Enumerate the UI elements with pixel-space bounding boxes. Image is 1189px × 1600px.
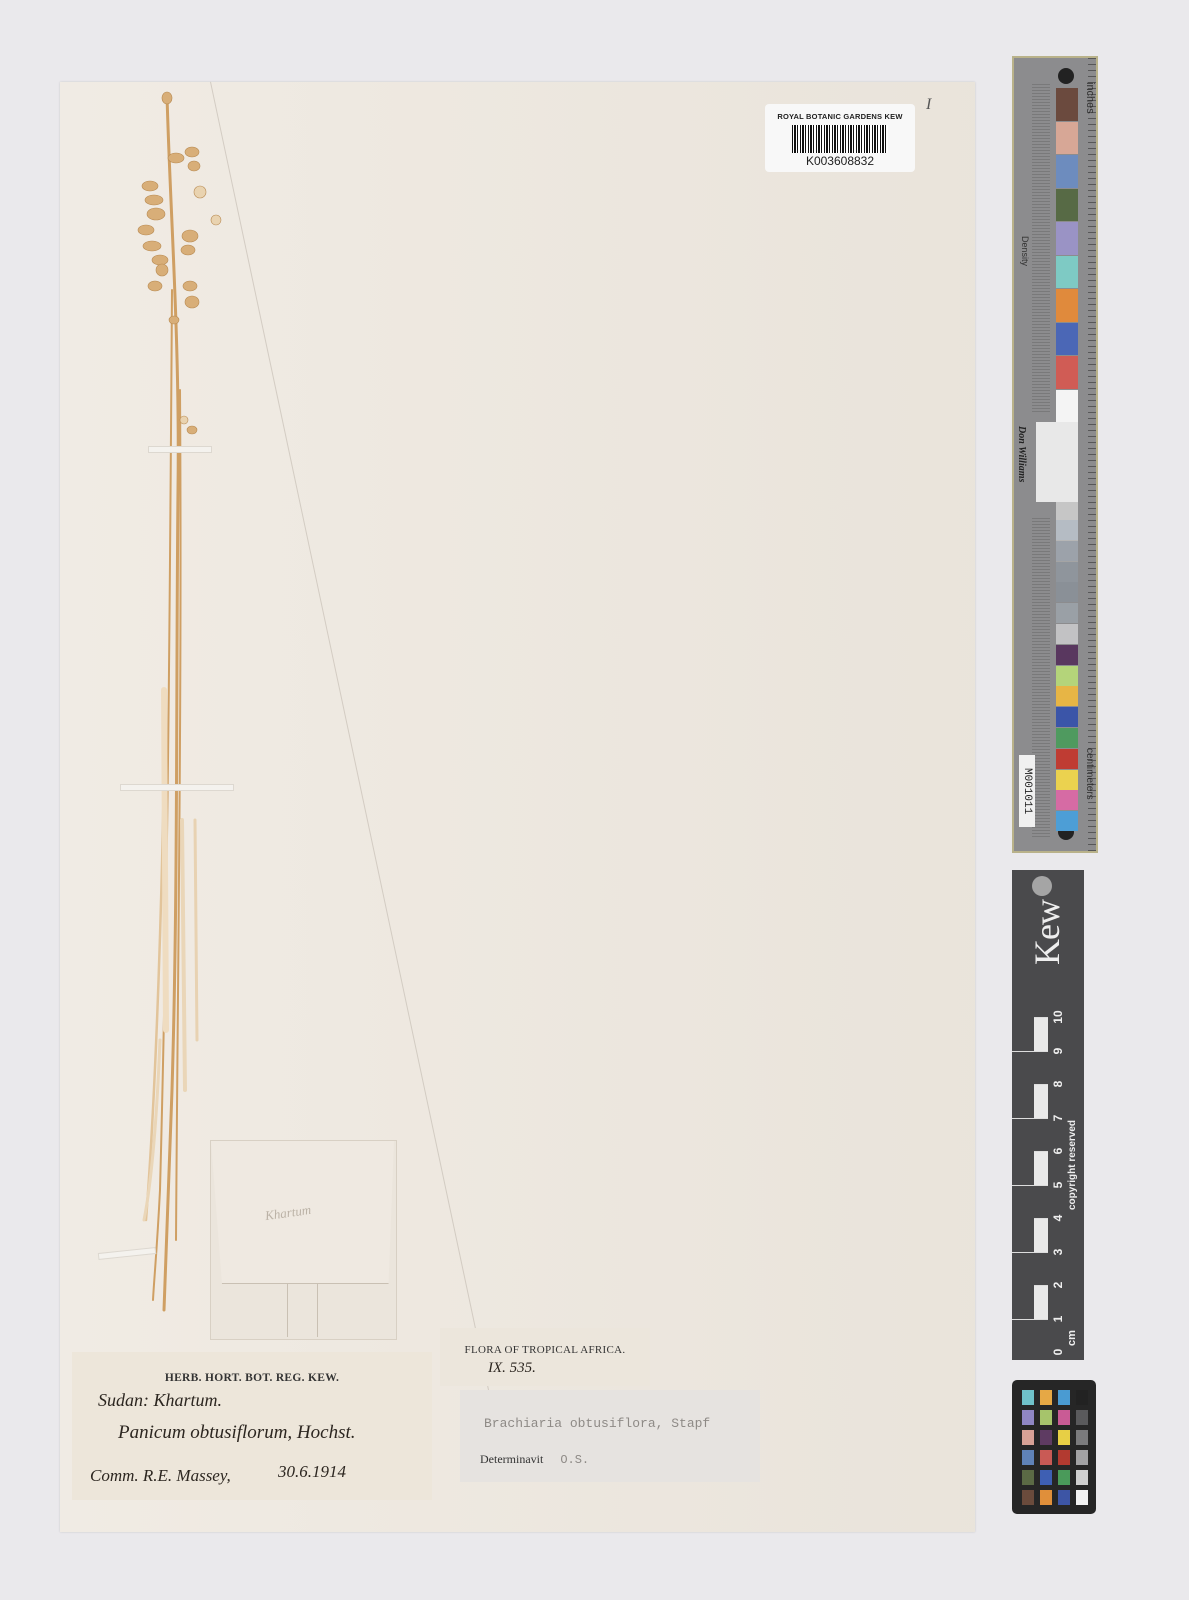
checker-patch xyxy=(1058,1390,1070,1405)
color-swatch xyxy=(1056,666,1078,686)
color-swatch xyxy=(1056,541,1078,561)
color-swatch xyxy=(1056,323,1078,356)
color-swatch xyxy=(1056,686,1078,706)
gray-card xyxy=(1036,422,1078,502)
checker-patch xyxy=(1040,1470,1052,1485)
checker-patch xyxy=(1022,1450,1034,1465)
color-swatch xyxy=(1056,390,1078,423)
color-density-ruler: inches centimeters Density Don Williams … xyxy=(1012,56,1098,853)
checker-patch xyxy=(1076,1430,1088,1445)
color-swatch xyxy=(1056,256,1078,289)
scale-segment xyxy=(1034,1017,1048,1051)
scale-number: 5 xyxy=(1051,1177,1065,1193)
barcode-label: ROYAL BOTANIC GARDENS KEW K003608832 xyxy=(765,104,915,172)
flora-label: FLORA OF TROPICAL AFRICA. IX. 535. xyxy=(440,1328,650,1386)
checker-patch xyxy=(1076,1470,1088,1485)
checker-patch xyxy=(1076,1410,1088,1425)
scale-number: 1 xyxy=(1051,1311,1065,1327)
scale-segment xyxy=(1012,1051,1048,1085)
density-label: Density xyxy=(1020,236,1030,266)
scale-segment xyxy=(1034,1151,1048,1185)
locality: Sudan: Khartum. xyxy=(98,1390,222,1411)
kew-logo: Kew xyxy=(1026,900,1068,965)
checker-patch xyxy=(1022,1390,1034,1405)
envelope-seam xyxy=(317,1283,318,1337)
checker-patch xyxy=(1022,1430,1034,1445)
color-swatch xyxy=(1056,770,1078,790)
checker-patch xyxy=(1076,1390,1088,1405)
collector: Comm. R.E. Massey, xyxy=(90,1466,231,1486)
color-swatch xyxy=(1056,189,1078,222)
determiner: O.S. xyxy=(560,1453,589,1467)
checker-patch xyxy=(1058,1470,1070,1485)
collection-date: 30.6.1914 xyxy=(278,1462,346,1482)
color-checker xyxy=(1012,1380,1096,1514)
checker-patch xyxy=(1022,1490,1034,1505)
checker-patch xyxy=(1022,1410,1034,1425)
scale-number: 4 xyxy=(1051,1210,1065,1226)
scale-segment xyxy=(1012,1319,1048,1353)
original-name: Panicum obtusiflorum, Hochst. xyxy=(118,1422,356,1444)
mounting-strap xyxy=(120,784,234,791)
color-swatch xyxy=(1056,88,1078,121)
sheet-mark: I xyxy=(926,96,931,114)
fragment-envelope[interactable]: Khartum xyxy=(210,1140,397,1340)
color-swatch xyxy=(1056,707,1078,727)
label-header: HERB. HORT. BOT. REG. KEW. xyxy=(72,1372,432,1384)
kew-scale-bar: Kew 012345678910 copyright reserved cm xyxy=(1012,870,1084,1360)
color-swatch xyxy=(1056,749,1078,769)
determinavit-label: Determinavit xyxy=(480,1452,543,1466)
color-swatch xyxy=(1056,122,1078,155)
scale-segment xyxy=(1034,1084,1048,1118)
scale-number: 2 xyxy=(1051,1277,1065,1293)
ruler-id: M001011 xyxy=(1019,755,1035,827)
color-swatch xyxy=(1056,289,1078,322)
color-swatch xyxy=(1056,790,1078,810)
color-swatch xyxy=(1056,222,1078,255)
cm-scale xyxy=(1012,1010,1048,1352)
kew-crest-icon xyxy=(1032,876,1052,896)
checker-patch xyxy=(1058,1410,1070,1425)
scale-number: 3 xyxy=(1051,1244,1065,1260)
scale-number: 8 xyxy=(1051,1076,1065,1092)
scale-number: 0 xyxy=(1051,1344,1065,1360)
determined-species: Brachiaria obtusiflora, Stapf xyxy=(484,1416,710,1431)
scale-segment xyxy=(1034,1285,1048,1319)
checker-patch xyxy=(1058,1430,1070,1445)
checker-patch xyxy=(1022,1470,1034,1485)
color-swatch xyxy=(1056,582,1078,602)
unit-label: cm xyxy=(1066,1330,1078,1346)
checker-patch xyxy=(1076,1490,1088,1505)
flora-reference: IX. 535. xyxy=(488,1360,536,1377)
color-swatch xyxy=(1056,603,1078,623)
plant-specimen xyxy=(120,90,240,1320)
herbarium-sheet: ROYAL BOTANIC GARDENS KEW K003608832 I K… xyxy=(60,82,975,1532)
ruler-brand: Don Williams xyxy=(1016,426,1027,482)
color-swatch xyxy=(1056,811,1078,831)
color-swatch xyxy=(1056,520,1078,540)
color-swatch xyxy=(1056,155,1078,188)
color-swatch xyxy=(1056,356,1078,389)
checker-patch xyxy=(1040,1430,1052,1445)
barcode xyxy=(792,125,888,153)
determinavit-row: Determinavit O.S. xyxy=(480,1452,589,1467)
mounting-strap xyxy=(148,446,212,453)
density-values xyxy=(1032,84,1050,414)
flora-header: FLORA OF TROPICAL AFRICA. xyxy=(440,1344,650,1356)
checker-patch xyxy=(1040,1490,1052,1505)
institution-name: ROYAL BOTANIC GARDENS KEW xyxy=(765,112,915,121)
color-swatch xyxy=(1056,645,1078,665)
ruler-hole xyxy=(1058,68,1074,84)
scale-number: 6 xyxy=(1051,1143,1065,1159)
scale-number: 7 xyxy=(1051,1110,1065,1126)
ruler-ticks xyxy=(1088,58,1096,851)
scale-segment xyxy=(1034,1218,1048,1252)
color-swatch xyxy=(1056,728,1078,748)
checker-patch xyxy=(1058,1490,1070,1505)
barcode-number: K003608832 xyxy=(765,154,915,168)
checker-patch xyxy=(1040,1450,1052,1465)
checker-patch xyxy=(1076,1450,1088,1465)
scale-segment xyxy=(1012,1118,1048,1152)
envelope-seam xyxy=(287,1283,288,1337)
checker-patch xyxy=(1040,1390,1052,1405)
color-swatch xyxy=(1056,624,1078,644)
cm-numbers: 012345678910 xyxy=(1050,1010,1066,1360)
copyright-text: copyright reserved xyxy=(1067,1010,1078,1210)
checker-patch xyxy=(1040,1410,1052,1425)
herbarium-label: HERB. HORT. BOT. REG. KEW. Sudan: Khartu… xyxy=(72,1352,432,1500)
checker-patch xyxy=(1058,1450,1070,1465)
scale-segment xyxy=(1012,1185,1048,1219)
determination-label: Brachiaria obtusiflora, Stapf Determinav… xyxy=(460,1390,760,1482)
color-swatch xyxy=(1056,562,1078,582)
scale-number: 10 xyxy=(1051,1009,1065,1025)
scale-segment xyxy=(1012,1252,1048,1286)
scale-number: 9 xyxy=(1051,1043,1065,1059)
